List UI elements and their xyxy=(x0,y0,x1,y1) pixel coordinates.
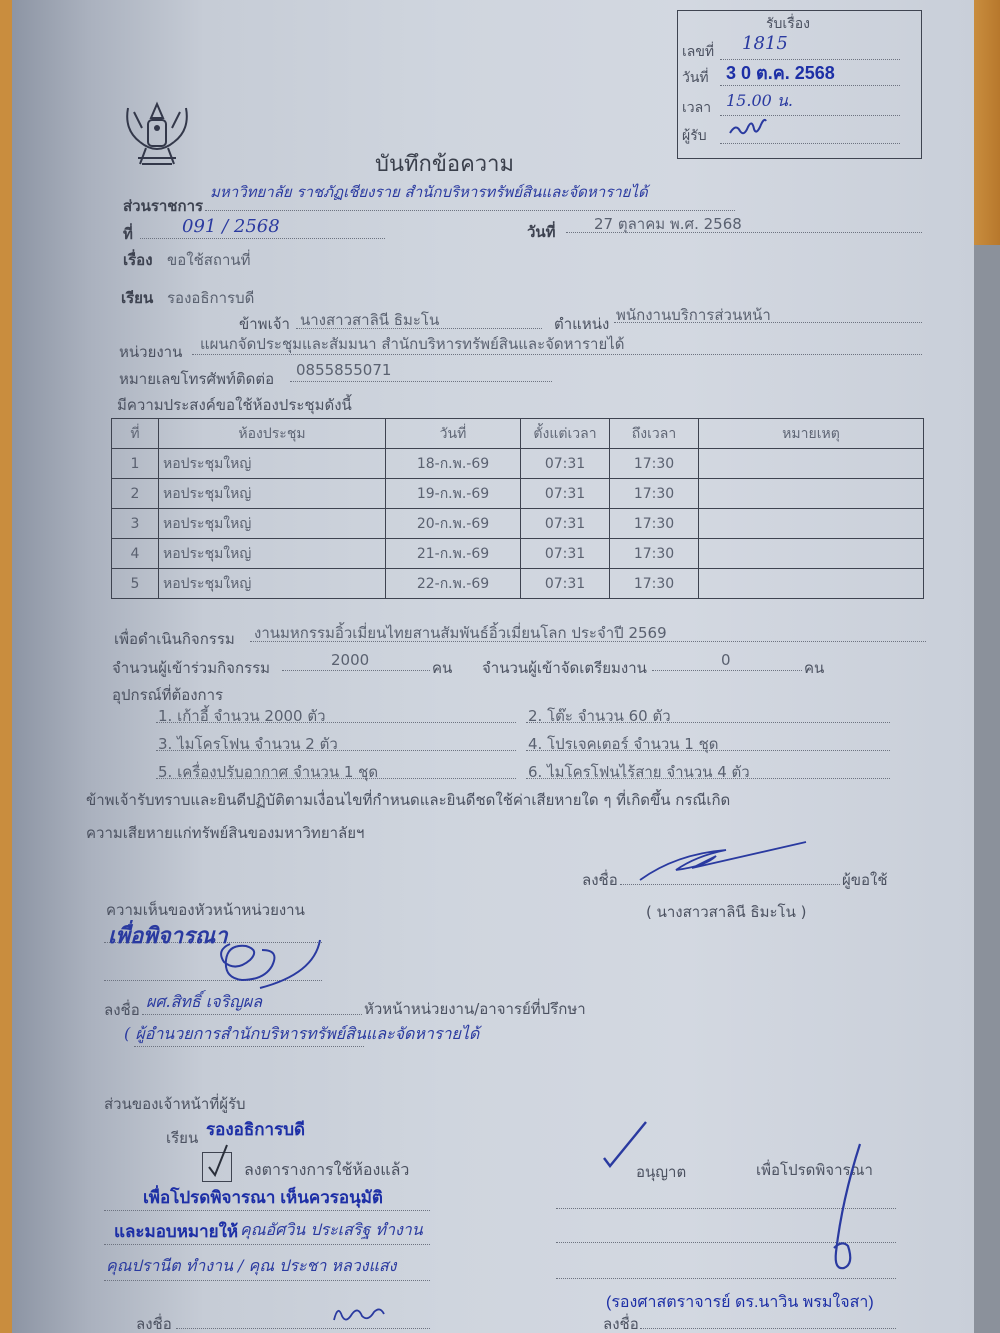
cell-room: หอประชุมใหญ่ xyxy=(159,539,386,569)
cell-date: 19-ก.พ.-69 xyxy=(386,479,521,509)
table-row: 3หอประชุมใหญ่20-ก.พ.-6907:3117:30 xyxy=(112,509,924,539)
purpose-label: เพื่อดำเนินกิจกรรม xyxy=(114,627,235,651)
cell-no: 2 xyxy=(112,479,159,509)
agreement-line-2: ความเสียหายแก่ทรัพย์สินของมหาวิทยาลัยฯ xyxy=(86,821,364,845)
cell-to: 17:30 xyxy=(610,509,699,539)
participants-unit: คน xyxy=(432,656,452,680)
cell-note xyxy=(699,449,924,479)
table-row: 2หอประชุมใหญ่19-ก.พ.-6907:3117:30 xyxy=(112,479,924,509)
col-note: หมายเหตุ xyxy=(699,419,924,449)
cell-room: หอประชุมใหญ่ xyxy=(159,449,386,479)
agreement-line-1: ข้าพเจ้ารับทราบและยินดีปฏิบัติตามเงื่อนไ… xyxy=(86,788,730,812)
cell-to: 17:30 xyxy=(610,449,699,479)
cell-room: หอประชุมใหญ่ xyxy=(159,509,386,539)
position-value: พนักงานบริการส่วนหน้า xyxy=(616,303,771,327)
equipment-item: 5. เครื่องปรับอากาศ จำนวน 1 ชุด xyxy=(158,760,378,784)
rooms-table: ที่ ห้องประชุม วันที่ ตั้งแต่เวลา ถึงเวล… xyxy=(111,418,924,599)
date-label: วันที่ xyxy=(527,220,556,244)
receipt-box: รับเรื่อง เลขที่ 1815 วันที่ 3 0 ต.ค. 25… xyxy=(677,10,922,159)
receipt-heading: รับเรื่อง xyxy=(766,13,810,35)
room-scheduled-checkbox[interactable] xyxy=(202,1152,232,1182)
equipment-item: 6. ไมโครโฟนไร้สาย จำนวน 4 ตัว xyxy=(528,760,750,784)
staff-value: 0 xyxy=(721,651,731,669)
cell-to: 17:30 xyxy=(610,539,699,569)
table-row: 1หอประชุมใหญ่18-ก.พ.-6907:3117:30 xyxy=(112,449,924,479)
head-sign-label: ลงชื่อ xyxy=(104,998,140,1022)
subject-label: เรื่อง xyxy=(123,248,153,272)
cell-from: 07:31 xyxy=(521,479,610,509)
ref-value: 091 / 2568 xyxy=(182,216,280,237)
applicant-signature xyxy=(636,836,816,886)
to-label: เรียน xyxy=(121,286,153,310)
col-from: ตั้งแต่เวลา xyxy=(521,419,610,449)
table-row: 4หอประชุมใหญ่21-ก.พ.-6907:3117:30 xyxy=(112,539,924,569)
head-signer-title: ( ผู้อำนวยการสำนักบริหารทรัพย์สินและจัดห… xyxy=(124,1022,479,1047)
purpose-value: งานมหกรรมอิ้วเมี่ยนไทยสานสัมพันธ์อิ้วเมี… xyxy=(254,621,667,645)
equipment-item: 4. โปรเจคเตอร์ จำนวน 1 ชุด xyxy=(528,732,719,756)
head-signer-name: ผศ.สิทธิ์ เจริญผล xyxy=(146,990,262,1015)
intent-text: มีความประสงค์ขอใช้ห้องประชุมดังนี้ xyxy=(117,393,352,417)
officer-heading: ส่วนของเจ้าหน้าที่ผู้รับ xyxy=(104,1092,246,1116)
approver-name: (รองศาสตราจารย์ ดร.นาวิน พรมใจสา) xyxy=(606,1290,874,1315)
receipt-time-label: เวลา xyxy=(682,97,711,119)
agency-label: ส่วนราชการ xyxy=(123,194,203,218)
ref-label: ที่ xyxy=(123,222,133,246)
receipt-number-value: 1815 xyxy=(742,33,788,54)
officer-signature xyxy=(330,1300,410,1326)
receipt-receiver-label: ผู้รับ xyxy=(682,125,707,147)
officer-note-line-1: เพื่อโปรดพิจารณา เห็นควรอนุมัติ xyxy=(143,1184,383,1211)
col-room: ห้องประชุม xyxy=(159,419,386,449)
equipment-item: 2. โต๊ะ จำนวน 60 ตัว xyxy=(528,704,671,728)
col-to: ถึงเวลา xyxy=(610,419,699,449)
cell-no: 3 xyxy=(112,509,159,539)
cell-from: 07:31 xyxy=(521,569,610,599)
applicant-sign-label: ลงชื่อ xyxy=(582,868,618,892)
memo-title: บันทึกข้อความ xyxy=(375,146,514,181)
phone-label: หมายเลขโทรศัพท์ติดต่อ xyxy=(119,367,274,391)
approver-signature xyxy=(824,1140,864,1276)
cell-date: 21-ก.พ.-69 xyxy=(386,539,521,569)
table-row: 5หอประชุมใหญ่22-ก.พ.-6907:3117:30 xyxy=(112,569,924,599)
officer-note-line-2-hand: คุณอัศวิน ประเสริฐ ทำงาน xyxy=(240,1218,423,1243)
cell-from: 07:31 xyxy=(521,539,610,569)
participants-value: 2000 xyxy=(331,651,369,669)
cell-room: หอประชุมใหญ่ xyxy=(159,569,386,599)
room-scheduled-label: ลงตารางการใช้ห้องแล้ว xyxy=(244,1158,409,1183)
cell-note xyxy=(699,509,924,539)
col-date: วันที่ xyxy=(386,419,521,449)
receipt-date-label: วันที่ xyxy=(682,67,709,89)
garuda-emblem-icon xyxy=(118,98,196,176)
receipt-time-value: 15.00 น. xyxy=(726,89,793,114)
officer-note-line-3: คุณปรานีต ทำงาน / คุณ ประชา หลวงแสง xyxy=(106,1254,396,1279)
col-no: ที่ xyxy=(112,419,159,449)
cell-note xyxy=(699,479,924,509)
equipment-item: 1. เก้าอี้ จำนวน 2000 ตัว xyxy=(158,704,326,728)
cell-from: 07:31 xyxy=(521,449,610,479)
wood-table-edge xyxy=(974,0,1000,245)
officer-to-value: รองอธิการบดี xyxy=(206,1116,305,1143)
agency-value: มหาวิทยาลัย ราชภัฏเชียงราย สำนักบริหารทร… xyxy=(210,180,648,204)
checkmark-icon xyxy=(203,1143,231,1177)
officer-note-line-2-printed: และมอบหมายให้ xyxy=(114,1218,238,1245)
table-header-row: ที่ ห้องประชุม วันที่ ตั้งแต่เวลา ถึงเวล… xyxy=(112,419,924,449)
cell-from: 07:31 xyxy=(521,509,610,539)
officer-sign-label: ลงชื่อ xyxy=(136,1312,172,1333)
receiver-signature xyxy=(728,117,776,139)
phone-value: 0855855071 xyxy=(296,361,391,379)
subject-value: ขอใช้สถานที่ xyxy=(167,248,251,272)
approver-sign-label: ลงชื่อ xyxy=(603,1312,639,1333)
cell-no: 1 xyxy=(112,449,159,479)
receipt-date-stamp: 3 0 ต.ค. 2568 xyxy=(726,58,835,87)
table-surface xyxy=(974,245,1000,1333)
head-role-label: หัวหน้าหน่วยงาน/อาจารย์ที่ปรึกษา xyxy=(364,997,586,1021)
cell-date: 20-ก.พ.-69 xyxy=(386,509,521,539)
cell-note xyxy=(699,569,924,599)
to-value: รองอธิการบดี xyxy=(167,286,254,310)
cell-room: หอประชุมใหญ่ xyxy=(159,479,386,509)
date-value: 27 ตุลาคม พ.ศ. 2568 xyxy=(594,212,742,236)
staff-label: จำนวนผู้เข้าจัดเตรียมงาน xyxy=(482,656,647,680)
receipt-number-label: เลขที่ xyxy=(682,41,714,63)
applicant-name-value: นางสาวสาลินี ธิมะโน xyxy=(300,308,439,332)
participants-label: จำนวนผู้เข้าร่วมกิจกรรม xyxy=(112,656,270,680)
cell-to: 17:30 xyxy=(610,569,699,599)
approve-label: อนุญาต xyxy=(636,1160,686,1184)
unit-value: แผนกจัดประชุมและสัมมนา สำนักบริหารทรัพย์… xyxy=(200,332,625,356)
cell-date: 22-ก.พ.-69 xyxy=(386,569,521,599)
staff-unit: คน xyxy=(804,656,824,680)
cell-no: 5 xyxy=(112,569,159,599)
officer-to-label: เรียน xyxy=(166,1126,198,1150)
cell-no: 4 xyxy=(112,539,159,569)
cell-to: 17:30 xyxy=(610,479,699,509)
cell-note xyxy=(699,539,924,569)
equipment-item: 3. ไมโครโฟน จำนวน 2 ตัว xyxy=(158,732,338,756)
applicant-role-label: ผู้ขอใช้ xyxy=(842,868,888,892)
cell-date: 18-ก.พ.-69 xyxy=(386,449,521,479)
applicant-printed-name: ( นางสาวสาลินี ธิมะโน ) xyxy=(646,900,806,924)
unit-label: หน่วยงาน xyxy=(119,340,182,364)
